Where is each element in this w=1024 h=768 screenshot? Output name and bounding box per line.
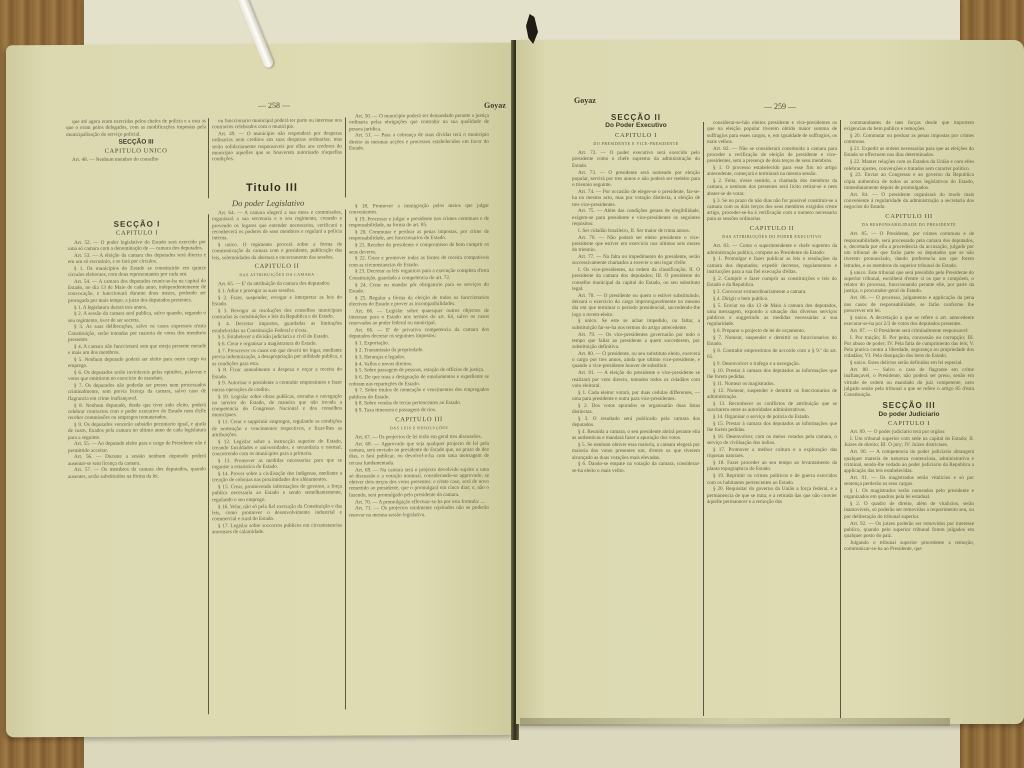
paragraph: § 2. Feita, n'esse sentido, a chamada do… bbox=[707, 178, 837, 197]
capitulo-heading: CAPITULO I bbox=[572, 133, 700, 139]
paragraph: Art. 64. — A camara elegerá a sua mesa e… bbox=[212, 210, 342, 242]
paragraph: § 8. Contrahir emprestimos de accordo co… bbox=[707, 348, 837, 361]
paragraph: § 20. Commutar e perdoar as penas impost… bbox=[349, 229, 489, 242]
paragraph: Art. 52. — O poder legislativo do Estado… bbox=[68, 239, 206, 252]
left-col3: § 18. Promover a immigração pelos meios … bbox=[349, 203, 489, 730]
paragraph: § 19. Reprimir os crimes politicos e de … bbox=[707, 473, 837, 486]
paragraph: § 14. Prover sobre a civilisação dos ind… bbox=[212, 471, 342, 484]
right-col1: SECÇÃO II Do Poder Executivo CAPITULO I … bbox=[572, 110, 700, 722]
paragraph: Art. 78. — O presidente ou quem o estive… bbox=[572, 293, 700, 318]
paragraph: Art. 53. — A eleição da camara dos deput… bbox=[68, 252, 206, 265]
paragraph: Art. 89. — O poder judiciario terá por o… bbox=[844, 429, 974, 435]
paragraph: Art. 79. — Os vice-presidentes governarã… bbox=[572, 332, 700, 351]
paragraph: § 5. Enviar no dia 13 de Maio á camara d… bbox=[707, 303, 837, 328]
capitulo-heading: CAPITULO II bbox=[212, 263, 342, 270]
paragraph: § 3. O resultado será publicado pela cam… bbox=[572, 416, 700, 429]
titulo-iii-subtitle: Do poder Legislativo bbox=[232, 198, 304, 208]
paragraph: § 5. Nenhum deputado poderá ser eleito p… bbox=[68, 356, 206, 369]
right-page-number: — 259 — bbox=[764, 102, 796, 111]
paragraph: § 6. Dando-se empate na votação da camar… bbox=[572, 461, 700, 474]
left-page: Goyaz — 258 — que até agora eram exercid… bbox=[6, 43, 514, 738]
paragraph: § 23. Enviar ao Congresso e ao governo d… bbox=[844, 172, 974, 191]
poder-executivo-heading: Do Poder Executivo bbox=[572, 123, 700, 129]
left-top-col3: Art. 50. — O municipio poderá ser demand… bbox=[349, 113, 489, 200]
paragraph: § unico. Estes delictos serão definidos … bbox=[844, 360, 974, 366]
paragraph: Art. 87. — O Presidente será criminalmen… bbox=[844, 328, 974, 334]
paragraph: Art. 56. — Durante a sessão nenhum deput… bbox=[68, 454, 206, 467]
paragraph: Art. 83. — Como o superintendente e chef… bbox=[707, 243, 837, 256]
left-running-header: Goyaz bbox=[484, 101, 506, 110]
paragraph: Art. 90. — A competencia do poder judici… bbox=[844, 449, 974, 474]
paragraph: § 3. Se no prazo do não dias não for pos… bbox=[707, 198, 837, 223]
capitulo-subheading: DO PRESIDENTE E VICE-PRESIDENTE bbox=[572, 141, 700, 147]
paragraph: Art. 48. — Nenhum membro do conselho bbox=[66, 157, 206, 164]
paragraph: § unico. Este tribunal que será presidid… bbox=[844, 270, 974, 295]
paragraph: Art. 86. — O processo, julgamento e appl… bbox=[844, 295, 974, 314]
paragraph: § 7. Os deputados não poderão ser presos… bbox=[68, 382, 206, 402]
paragraph: Julgando o tribunal superior procedente … bbox=[844, 540, 974, 553]
paragraph: § 11. Crear e supprimir empregos, regula… bbox=[212, 419, 342, 439]
paragraph: Art. 71. — Os projectos totalmente rejei… bbox=[349, 505, 489, 518]
paragraph: que até agora eram exercidas pelos chefe… bbox=[66, 118, 206, 138]
paragraph: Art. 77. — Na falta ou impedimento do pr… bbox=[572, 254, 700, 267]
paragraph: § 9. Desenvolver o trafego e a navegação… bbox=[707, 361, 837, 367]
paragraph: Art. 73. — O presidente será nomeado por… bbox=[572, 170, 700, 189]
paragraph: § 3. Revogar as resoluções dos conselhos… bbox=[212, 308, 342, 321]
left-top-col1: que até agora eram exercidas pelos chefe… bbox=[66, 118, 206, 209]
paragraph: § 2. Fazer, suspender, revogar e interpr… bbox=[212, 295, 342, 308]
paragraph: § 18. Fazer proceder ao seu tempo ao lev… bbox=[707, 460, 837, 473]
paragraph: Art. 55. — Ao deputado eleito para o car… bbox=[68, 441, 206, 454]
paragraph: § 20. Commutar ou perdoar as penas impos… bbox=[844, 133, 974, 146]
capitulo-subheading: DA RESPONSABILIDADE DO PRESIDENTE bbox=[844, 222, 974, 228]
paragraph: I. Ser cidadão brazileiro, II. Ser maior… bbox=[572, 228, 700, 234]
paragraph: § 5. Se nenhum obtiver essa maioria, a c… bbox=[572, 442, 700, 461]
paragraph: § 4. Dirigir o bem publico. bbox=[707, 296, 837, 302]
paragraph: § 14. Organisar o serviço de policia do … bbox=[707, 414, 837, 420]
column-rule bbox=[208, 214, 209, 714]
paragraph: § 25. Regular a fórma da eleição de todo… bbox=[349, 294, 489, 307]
paragraph: § 4. Reunida a camara, o seu presidente … bbox=[572, 429, 700, 442]
paragraph: Art. 80. — O presidente, ou seu substitu… bbox=[572, 351, 700, 370]
paragraph: § 23. Decretar as leis organicas para a … bbox=[349, 268, 489, 281]
paragraph: I. Por traição; II. Por peita, concussão… bbox=[844, 335, 974, 360]
paragraph: § unico. Se este se achar impedido, ou f… bbox=[572, 318, 700, 331]
column-rule bbox=[345, 210, 346, 710]
paragraph: § 9. Taxa itineraria e passagens de rios… bbox=[349, 407, 489, 414]
column-rule bbox=[208, 118, 209, 198]
seccao-iii-heading: SECÇÃO III bbox=[844, 403, 974, 409]
seccao-iii-heading: SECÇÃO III bbox=[66, 139, 206, 146]
right-running-header: Goyaz bbox=[574, 96, 596, 105]
paragraph: § 7. Prescrever os casos em que deverá t… bbox=[212, 348, 342, 368]
paragraph: Art. 92. — Os juizes poderão ser removid… bbox=[844, 521, 974, 540]
paragraph: Art. 49. — O municipio não responderá po… bbox=[212, 131, 342, 163]
paragraph: ou funccionario municipal poderá ter par… bbox=[212, 118, 342, 131]
paragraph: § 19. Processar e julgar o presidente no… bbox=[349, 216, 489, 229]
paragraph: Art. 76. — Não poderá ser eleito preside… bbox=[572, 235, 700, 254]
paragraph: considerar-se-hão eleitos presidente e v… bbox=[707, 120, 837, 145]
paragraph: § 10. Legislar sobre obras publicas, est… bbox=[212, 393, 342, 419]
paragraph: § 2. Dos votos apurados se organisarão d… bbox=[572, 403, 700, 416]
paragraph: § 17. Legislar sobre soccorros publicos … bbox=[212, 523, 342, 536]
left-page-number: — 258 — bbox=[258, 101, 290, 110]
paragraph: Art. 68. — Approvado que seja qualquer p… bbox=[349, 441, 489, 467]
paragraph: Art. 54. — A camara dos deputados reunir… bbox=[68, 278, 206, 304]
capitulo-unico: CAPITULO UNICO bbox=[66, 148, 206, 155]
paragraph: § unico. A decretação a que se refere o … bbox=[844, 315, 974, 328]
titulo-iii-heading: Titulo III bbox=[246, 182, 298, 194]
capitulo-heading: CAPITULO III bbox=[844, 214, 974, 220]
paragraph: I. Os vice-presidentes, na ordem da clas… bbox=[572, 267, 700, 292]
paragraph: § 22. Crear e promover todas as fontes d… bbox=[349, 255, 489, 268]
right-page: Goyaz — 259 — SECÇÃO II Do Poder Executi… bbox=[516, 40, 1024, 724]
paragraph: Art. 66. — Legislar sobre quaesquer outr… bbox=[349, 308, 489, 328]
paragraph: Art. 81. — A eleição do presidente e vic… bbox=[572, 370, 700, 389]
page-edge-damage bbox=[520, 718, 950, 726]
paragraph: § 12. Legislar sobre a instrucção superi… bbox=[212, 438, 342, 458]
paragraph: § 2. A sessão da camara será publica, sa… bbox=[68, 311, 206, 324]
paragraph: § 1. Os municipios do Estado se constitu… bbox=[68, 265, 206, 278]
paragraph: § 8. Fixar annualmente a despeza e orçar… bbox=[212, 367, 342, 380]
column-rule bbox=[345, 118, 346, 198]
paragraph: § 6. Os deputados serão inviolaveis pela… bbox=[68, 369, 206, 382]
paragraph: Art. 88. — Salvo o caso de flagrante em … bbox=[844, 367, 974, 398]
paragraph: § 24. Crear ou mandar pôr obrigatorio pa… bbox=[349, 281, 489, 294]
paragraph: § 15. Crear, promovendo informações do g… bbox=[212, 484, 342, 504]
capitulo-subheading: DAS LEIS E RESOLUÇÕES bbox=[349, 425, 489, 432]
paragraph: Art. 85. — O Presidente, por crimes comm… bbox=[844, 231, 974, 269]
paragraph: § 10. Prestar á camara dos deputados as … bbox=[707, 368, 837, 381]
capitulo-subheading: DAS ATTRIBUIÇÕES DO PODER EXECUTIVO bbox=[707, 234, 837, 240]
paragraph: § 17. Promover a melhor cultura e a expl… bbox=[707, 447, 837, 460]
paragraph: § 4. Decretar impostos, guardadas as lim… bbox=[212, 321, 342, 334]
capitulo-heading: CAPITULO II bbox=[707, 226, 837, 232]
paragraph: Art. 57. — Os membros da camara dos depu… bbox=[68, 467, 206, 480]
paragraph: § 7. Nomear, suspender e demittir os fun… bbox=[707, 335, 837, 348]
capitulo-heading: CAPITULO III bbox=[349, 416, 489, 423]
paragraph: § 1. Os magistrados serão nomeados pelo … bbox=[844, 488, 974, 501]
paragraph: § 13. Promover as medidas necessarias pa… bbox=[212, 458, 342, 471]
paragraph: § 16. Desenvolver, com os meios votados … bbox=[707, 434, 837, 447]
paragraph: § 3. Convocar extraordinariamente a cama… bbox=[707, 289, 837, 295]
capitulo-subheading: DAS ATTRIBUIÇÕES DA CAMARA bbox=[212, 272, 342, 279]
paragraph: commandantes de taes forças desde que im… bbox=[844, 120, 974, 133]
left-col2: Art. 64. — A camara elegerá a sua mesa e… bbox=[212, 210, 342, 731]
paragraph: Art. 84. — O presidente organisará do mo… bbox=[844, 192, 974, 211]
paragraph: § 5. Estabelecer a divisão judiciaria e … bbox=[212, 334, 342, 341]
paragraph: Art. 69. — Na camara será o projecto dev… bbox=[349, 466, 489, 498]
paragraph: Art. 91. — Os magistrados serão vitalici… bbox=[844, 475, 974, 488]
seccao-ii-heading: SECÇÃO II bbox=[572, 115, 700, 121]
paragraph: § 2. Cumprir e fazer cumprir as constitu… bbox=[707, 276, 837, 289]
paragraph: Art. 75. — Além das condições geraes de … bbox=[572, 208, 700, 227]
seccao-i-heading: SECÇÃO I bbox=[68, 221, 206, 228]
paragraph: § unico. O regimento proverá sobre a for… bbox=[212, 242, 342, 262]
paragraph: I. Um tribunal superior com séde na capi… bbox=[844, 436, 974, 449]
poder-judiciario-heading: Do poder Judiciario bbox=[844, 412, 974, 418]
paragraph: Art. 74. — Por occasião de eleger-se o p… bbox=[572, 189, 700, 208]
paragraph: Art. 50. — O municipio poderá ser demand… bbox=[349, 113, 489, 133]
paragraph: Art. 65. — E' da attribuição da camara d… bbox=[212, 281, 342, 288]
paragraph: § 6. Preparar o projecto de lei de orçam… bbox=[707, 328, 837, 334]
paragraph: § 1. O processo estabelecido para esse f… bbox=[707, 165, 837, 178]
paragraph: § 9. Autorisar o presidente a contrahir … bbox=[212, 380, 342, 393]
paragraph: Art. 72. — O poder executivo será exerci… bbox=[572, 150, 700, 169]
paragraph: § 18. Promover a immigração pelos meios … bbox=[349, 203, 489, 216]
paragraph: § 21. Receber do presidente o compromiss… bbox=[349, 242, 489, 255]
paragraph: § 16. Velar, não só pela fiel execução d… bbox=[212, 503, 342, 523]
capitulo-heading: CAPITULO I bbox=[68, 231, 206, 238]
paragraph: § 9. Os deputados vencerão subsidio pecu… bbox=[68, 421, 206, 441]
paragraph: § 11. Nomear os magistrados. bbox=[707, 381, 837, 387]
paragraph: § 12. Nomear, suspender e demittir os fu… bbox=[707, 388, 837, 401]
column-rule bbox=[840, 120, 841, 718]
paragraph: § 4. A camara não funccionará sem que es… bbox=[68, 343, 206, 356]
paragraph: § 6. De que trata a designação de emolum… bbox=[349, 374, 489, 387]
paragraph: § 1. Promulgar e fazer publicar as leis … bbox=[707, 256, 837, 275]
paragraph: § 13. Reconhecer os conflictos de attrib… bbox=[707, 401, 837, 414]
paragraph: § 15. Prestar á camara dos deputados as … bbox=[707, 421, 837, 434]
left-col1: SECÇÃO I CAPITULO I Art. 52. — O poder l… bbox=[68, 216, 206, 727]
paragraph: § 8. Nenhum deputado, desde que tiver si… bbox=[68, 402, 206, 422]
column-rule bbox=[703, 122, 704, 716]
paragraph: Art. 82. — Não se considerará constituid… bbox=[707, 146, 837, 165]
paragraph: § 22. Manter relações com os Estados da … bbox=[844, 159, 974, 172]
paragraph: § 7. Sobre titulos de nomeação e vencime… bbox=[349, 387, 489, 400]
paragraph: § 2. O quadro de direito, além de vitali… bbox=[844, 501, 974, 520]
paragraph: § 1. Cada eleitor votará, por duas cedul… bbox=[572, 390, 700, 403]
right-col3: commandantes de taes forças desde que im… bbox=[844, 120, 974, 724]
paragraph: Art. 66. — E' de privativa competencia d… bbox=[349, 327, 489, 340]
paragraph: § 20. Requisitar do governo da União a f… bbox=[707, 486, 837, 505]
paragraph: Art. 51. — Para a cobrança de suas divid… bbox=[349, 132, 489, 152]
capitulo-heading: CAPITULO I bbox=[844, 421, 974, 427]
paragraph: § 3. As suas deliberações, salvo os caso… bbox=[68, 324, 206, 344]
paragraph: Art. 67. — Os projectos de lei terão em … bbox=[349, 434, 489, 441]
paragraph: § 21. Expedir as ordens necessarias para… bbox=[844, 146, 974, 159]
right-col2: considerar-se-hão eleitos presidente e v… bbox=[707, 120, 837, 724]
